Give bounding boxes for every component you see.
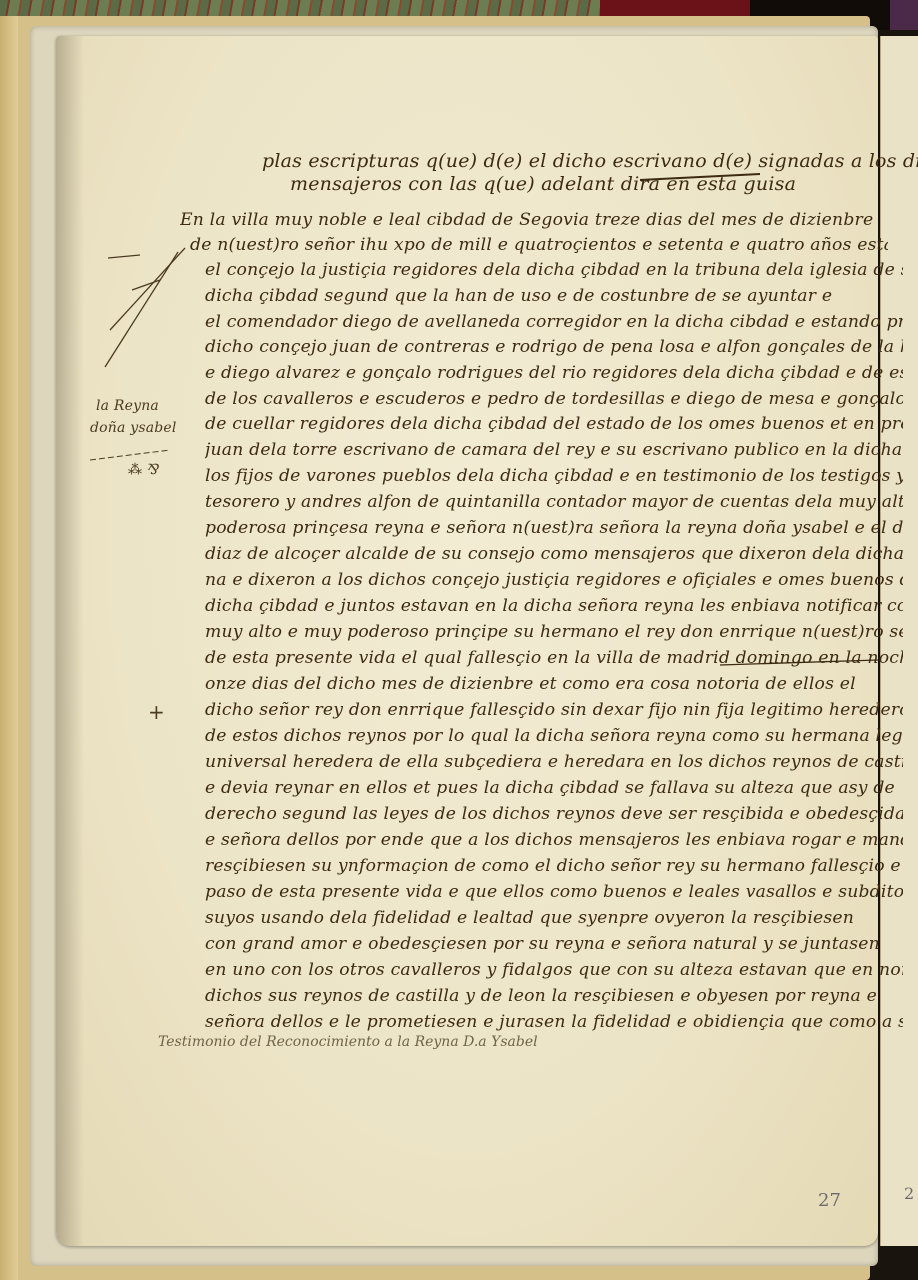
body-line: suyos usando dela fidelidad e lealtad qu… — [205, 908, 903, 928]
body-line: juan dela torre escrivano de camara del … — [205, 440, 903, 460]
binding-board-edge — [0, 16, 18, 1280]
body-line: los fijos de varones pueblos dela dicha … — [205, 466, 903, 486]
heading-line-1: plas escripturas q(ue) d(e) el dicho esc… — [262, 150, 918, 172]
body-line: diaz de alcoçer alcalde de su consejo co… — [205, 544, 903, 564]
body-line: de esta presente vida el qual fallesçio … — [205, 648, 903, 668]
margin-cross-mark: + — [148, 700, 165, 724]
body-line: e señora dellos por ende que a los dicho… — [205, 830, 903, 850]
body-line: En la villa muy noble e leal cibdad de S… — [180, 210, 878, 230]
next-folio-number: 2 — [904, 1184, 914, 1203]
body-line: dicho conçejo juan de contreras e rodrig… — [205, 337, 903, 357]
body-line: e diego alvarez e gonçalo rodrigues del … — [205, 363, 903, 383]
margin-note-symbols: ⁂ ⅋ — [128, 462, 160, 478]
body-line: paso de esta presente vida e que ellos c… — [205, 882, 903, 902]
body-line: el conçejo la justiçia regidores dela di… — [205, 260, 903, 280]
body-line: de los cavalleros e escuderos e pedro de… — [205, 389, 903, 409]
body-line: e devia reynar en ellos et pues la dicha… — [205, 778, 903, 798]
body-line: dicho señor rey don enrrique fallesçido … — [205, 700, 903, 720]
body-line: poderosa prinçesa reyna e señora n(uest)… — [205, 518, 903, 538]
margin-note-queen-line2: doña ysabel — [90, 420, 177, 436]
body-line: universal heredera de ella subçediera e … — [205, 752, 903, 772]
body-line: derecho segund las leyes de los dichos r… — [205, 804, 903, 824]
body-line: dicha çibdad segund que la han de uso e … — [205, 286, 903, 306]
body-line: resçibiesen su ynformaçion de como el di… — [205, 856, 903, 876]
body-line: en uno con los otros cavalleros y fidalg… — [205, 960, 903, 980]
archival-annotation: Testimonio del Reconocimiento a la Reyna… — [158, 1034, 538, 1050]
body-line: de cuellar regidores dela dicha çibdad d… — [205, 414, 903, 434]
body-line: el comendador diego de avellaneda correg… — [205, 312, 903, 332]
body-line: na e dixeron a los dichos conçejo justiç… — [205, 570, 903, 590]
body-line: tesorero y andres alfon de quintanilla c… — [205, 492, 903, 512]
body-line: con grand amor e obedesçiesen por su rey… — [205, 934, 903, 954]
body-line: de estos dichos reynos por lo qual la di… — [205, 726, 903, 746]
body-line: muy alto e muy poderoso prinçipe su herm… — [205, 622, 903, 642]
folio-number: 27 — [818, 1190, 841, 1211]
body-line: onze dias del dicho mes de dizienbre et … — [205, 674, 903, 694]
heading-line-2: mensajeros con las q(ue) adelant dira en… — [290, 173, 796, 195]
gutter-shadow — [56, 36, 84, 1246]
body-line: señora dellos e le prometiesen e jurasen… — [205, 1012, 903, 1032]
margin-note-queen-line1: la Reyna — [96, 398, 159, 414]
body-line: dichos sus reynos de castilla y de leon … — [205, 986, 903, 1006]
adjacent-volume-edge — [890, 0, 918, 30]
body-line: de n(uest)ro señor ihu xpo de mill e qua… — [190, 235, 888, 255]
body-line: dicha çibdad e juntos estavan en la dich… — [205, 596, 903, 616]
